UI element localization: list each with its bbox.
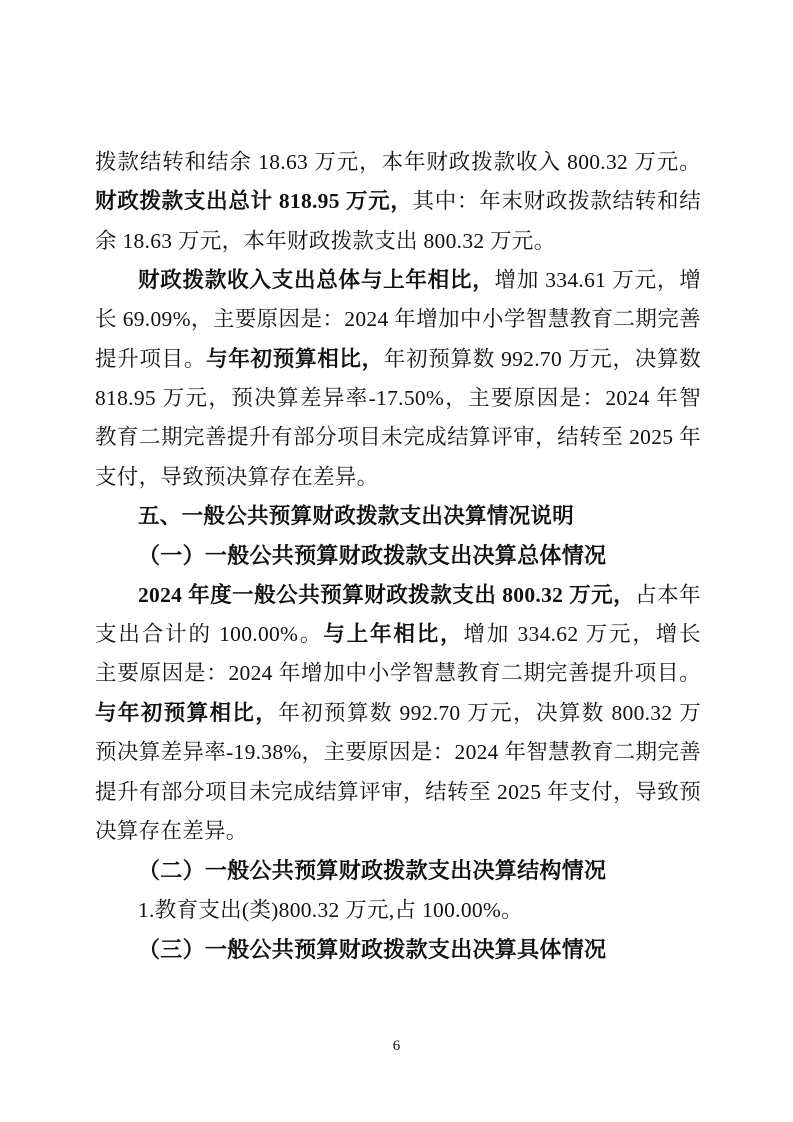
text-segment: 财政拨款收入支出总体与上年相比， [138,268,495,292]
text-segment: （三）一般公共预算财政拨款支出决算具体情况 [138,937,606,962]
document-body: 拨款结转和结余 18.63 万元，本年财政拨款收入 800.32 万元。财政拨款… [95,143,701,969]
text-segment: 五、一般公共预算财政拨款支出决算情况说明 [138,504,574,528]
para3-line7: 决算存在差异。 [95,812,701,851]
text-segment: 提升有部分项目未完成结算评审，结转至 2025 年支付，导致预 [95,780,701,804]
text-segment: 年初预算数 992.70 万元，决算数 [384,347,701,371]
text-segment: （一）一般公共预算财政拨款支出决算总体情况 [138,543,606,568]
page-number: 6 [0,1034,793,1058]
document-page: 拨款结转和结余 18.63 万元，本年财政拨款收入 800.32 万元。财政拨款… [0,0,793,1122]
text-segment: 占本年 [635,583,701,607]
text-segment: 与上年相比， [323,622,463,646]
para1-line1: 拨款结转和结余 18.63 万元，本年财政拨款收入 800.32 万元。 [95,143,701,182]
text-segment: 决算存在差异。 [95,819,248,843]
para3-line6: 提升有部分项目未完成结算评审，结转至 2025 年支付，导致预 [95,773,701,812]
para2-line2: 长 69.09%，主要原因是：2024 年增加中小学智慧教育二期完善 [95,300,701,339]
text-segment: 教育二期完善提升有部分项目未完成结算评审，结转至 2025 年 [95,425,701,449]
text-segment: 818.95 万元，预决算差异率-17.50%，主要原因是：2024 年智慧 [95,386,701,418]
text-segment: （二）一般公共预算财政拨款支出决算结构情况 [138,858,606,883]
text-segment: 主要原因是：2024 年增加中小学智慧教育二期完善提升项目。 [95,661,701,685]
para3-line4: 与年初预算相比，年初预算数 992.70 万元，决算数 800.32 万元， [95,694,701,733]
text-segment: 与年初预算相比， [95,701,278,725]
text-segment: 余 18.63 万元，本年财政拨款支出 800.32 万元。 [95,229,556,253]
text-segment: 支付，导致预决算存在差异。 [95,465,378,489]
text-segment: 增加 334.61 万元，增 [495,268,701,292]
text-segment: 预决算差异率-19.38%，主要原因是：2024 年智慧教育二期完善 [95,740,701,764]
para3-line2: 支出合计的 100.00%。与上年相比，增加 334.62 万元，增长 71.8… [95,615,701,654]
para2-line1: 财政拨款收入支出总体与上年相比，增加 334.61 万元，增 [95,261,701,300]
heading-section-5-2: （二）一般公共预算财政拨款支出决算结构情况 [95,851,701,890]
text-segment: 支出合计的 100.00%。 [95,622,323,646]
text-segment: 长 69.09%，主要原因是：2024 年增加中小学智慧教育二期完善 [95,307,701,331]
para3-line5: 预决算差异率-19.38%，主要原因是：2024 年智慧教育二期完善 [95,733,701,772]
para2-line4: 818.95 万元，预决算差异率-17.50%，主要原因是：2024 年智慧 [95,379,701,418]
text-segment: 提升项目。 [95,347,206,371]
para4-line1: 1.教育支出(类)800.32 万元,占 100.00%。 [95,891,701,930]
para3-line3: 主要原因是：2024 年增加中小学智慧教育二期完善提升项目。 [95,654,701,693]
para1-line3: 余 18.63 万元，本年财政拨款支出 800.32 万元。 [95,222,701,261]
para2-line3: 提升项目。与年初预算相比，年初预算数 992.70 万元，决算数 [95,340,701,379]
text-segment: 1.教育支出(类)800.32 万元,占 100.00%。 [138,898,523,922]
text-segment: 2024 年度一般公共预算财政拨款支出 800.32 万元， [138,583,635,607]
para1-line2: 财政拨款支出总计 818.95 万元，其中：年末财政拨款结转和结 [95,182,701,221]
heading-section-5-3: （三）一般公共预算财政拨款支出决算具体情况 [95,930,701,969]
para2-line6: 支付，导致预决算存在差异。 [95,458,701,497]
heading-section-5-1: （一）一般公共预算财政拨款支出决算总体情况 [95,536,701,575]
text-segment: 财政拨款支出总计 818.95 万元， [95,189,413,213]
text-segment: 与年初预算相比， [206,347,384,371]
text-segment: 拨款结转和结余 18.63 万元，本年财政拨款收入 800.32 万元。 [95,150,701,174]
para3-line1: 2024 年度一般公共预算财政拨款支出 800.32 万元，占本年 [95,576,701,615]
text-segment: 其中：年末财政拨款结转和结 [413,189,701,213]
heading-section-5: 五、一般公共预算财政拨款支出决算情况说明 [95,497,701,536]
para2-line5: 教育二期完善提升有部分项目未完成结算评审，结转至 2025 年 [95,418,701,457]
